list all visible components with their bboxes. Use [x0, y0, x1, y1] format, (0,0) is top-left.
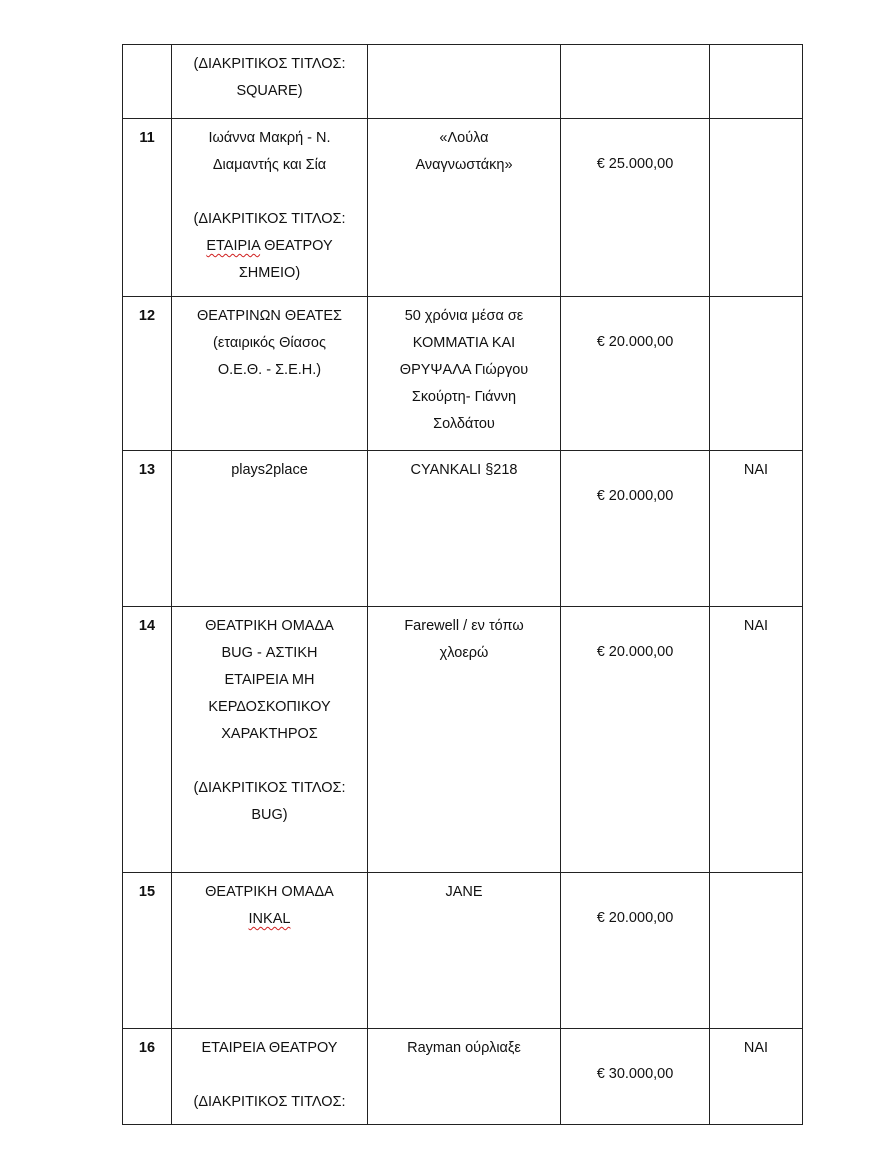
amount-cell: € 30.000,00: [561, 1029, 710, 1125]
flag-cell: ΝΑΙ: [710, 607, 803, 873]
row-number: 14: [123, 607, 172, 873]
entity-cell: plays2place: [172, 451, 368, 607]
table-row: 13 plays2place CYANKALI §218 € 20.000,00…: [123, 451, 803, 607]
flag-cell: ΝΑΙ: [710, 1029, 803, 1125]
flag-cell: [710, 297, 803, 451]
row-number: 13: [123, 451, 172, 607]
entity-cell: ΘΕΑΤΡΙΚΗ ΟΜΑΔΑ INKAL: [172, 873, 368, 1029]
entity-cell: Ιωάννα Μακρή - Ν. Διαμαντής και Σία (ΔΙΑ…: [172, 119, 368, 297]
table-row: 14 ΘΕΑΤΡΙΚΗ ΟΜΑΔΑ BUG - ΑΣΤΙΚΗ ΕΤΑΙΡΕΙΑ …: [123, 607, 803, 873]
table-row: 12 ΘΕΑΤΡΙΝΩΝ ΘΕΑΤΕΣ (εταιρικός Θίασος Ο.…: [123, 297, 803, 451]
flag-cell: [710, 45, 803, 119]
amount-cell: € 20.000,00: [561, 607, 710, 873]
amount-cell: € 25.000,00: [561, 119, 710, 297]
entity-cell: ΘΕΑΤΡΙΝΩΝ ΘΕΑΤΕΣ (εταιρικός Θίασος Ο.Ε.Θ…: [172, 297, 368, 451]
table-row: 16 ΕΤΑΙΡΕΙΑ ΘΕΑΤΡΟΥ (ΔΙΑΚΡΙΤΙΚΟΣ ΤΙΤΛΟΣ:…: [123, 1029, 803, 1125]
table-row: (ΔΙΑΚΡΙΤΙΚΟΣ ΤΙΤΛΟΣ: SQUARE): [123, 45, 803, 119]
entity-cell: (ΔΙΑΚΡΙΤΙΚΟΣ ΤΙΤΛΟΣ: SQUARE): [172, 45, 368, 119]
flag-cell: [710, 873, 803, 1029]
row-number: 11: [123, 119, 172, 297]
row-number: 12: [123, 297, 172, 451]
table-row: 15 ΘΕΑΤΡΙΚΗ ΟΜΑΔΑ INKAL JANE € 20.000,00: [123, 873, 803, 1029]
flag-cell: [710, 119, 803, 297]
title-cell: Rayman ούρλιαξε: [368, 1029, 561, 1125]
spellcheck-word: ΕΤΑΙΡΙΑ: [206, 238, 260, 254]
table-row: 11 Ιωάννα Μακρή - Ν. Διαμαντής και Σία (…: [123, 119, 803, 297]
row-number: 15: [123, 873, 172, 1029]
entity-cell: ΘΕΑΤΡΙΚΗ ΟΜΑΔΑ BUG - ΑΣΤΙΚΗ ΕΤΑΙΡΕΙΑ ΜΗ …: [172, 607, 368, 873]
title-cell: 50 χρόνια μέσα σε ΚΟΜΜΑΤΙΑ ΚΑΙ ΘΡΥΨΑΛΑ Γ…: [368, 297, 561, 451]
row-number: [123, 45, 172, 119]
entity-cell: ΕΤΑΙΡΕΙΑ ΘΕΑΤΡΟΥ (ΔΙΑΚΡΙΤΙΚΟΣ ΤΙΤΛΟΣ:: [172, 1029, 368, 1125]
amount-cell: € 20.000,00: [561, 873, 710, 1029]
grants-table: (ΔΙΑΚΡΙΤΙΚΟΣ ΤΙΤΛΟΣ: SQUARE) 11 Ιωάννα Μ…: [122, 44, 803, 1125]
title-cell: JANE: [368, 873, 561, 1029]
amount-cell: € 20.000,00: [561, 297, 710, 451]
amount-cell: € 20.000,00: [561, 451, 710, 607]
row-number: 16: [123, 1029, 172, 1125]
title-cell: [368, 45, 561, 119]
amount-cell: [561, 45, 710, 119]
title-cell: CYANKALI §218: [368, 451, 561, 607]
flag-cell: ΝΑΙ: [710, 451, 803, 607]
title-cell: Farewell / εν τόπω χλοερώ: [368, 607, 561, 873]
title-cell: «Λούλα Αναγνωστάκη»: [368, 119, 561, 297]
spellcheck-word: INKAL: [249, 911, 291, 927]
